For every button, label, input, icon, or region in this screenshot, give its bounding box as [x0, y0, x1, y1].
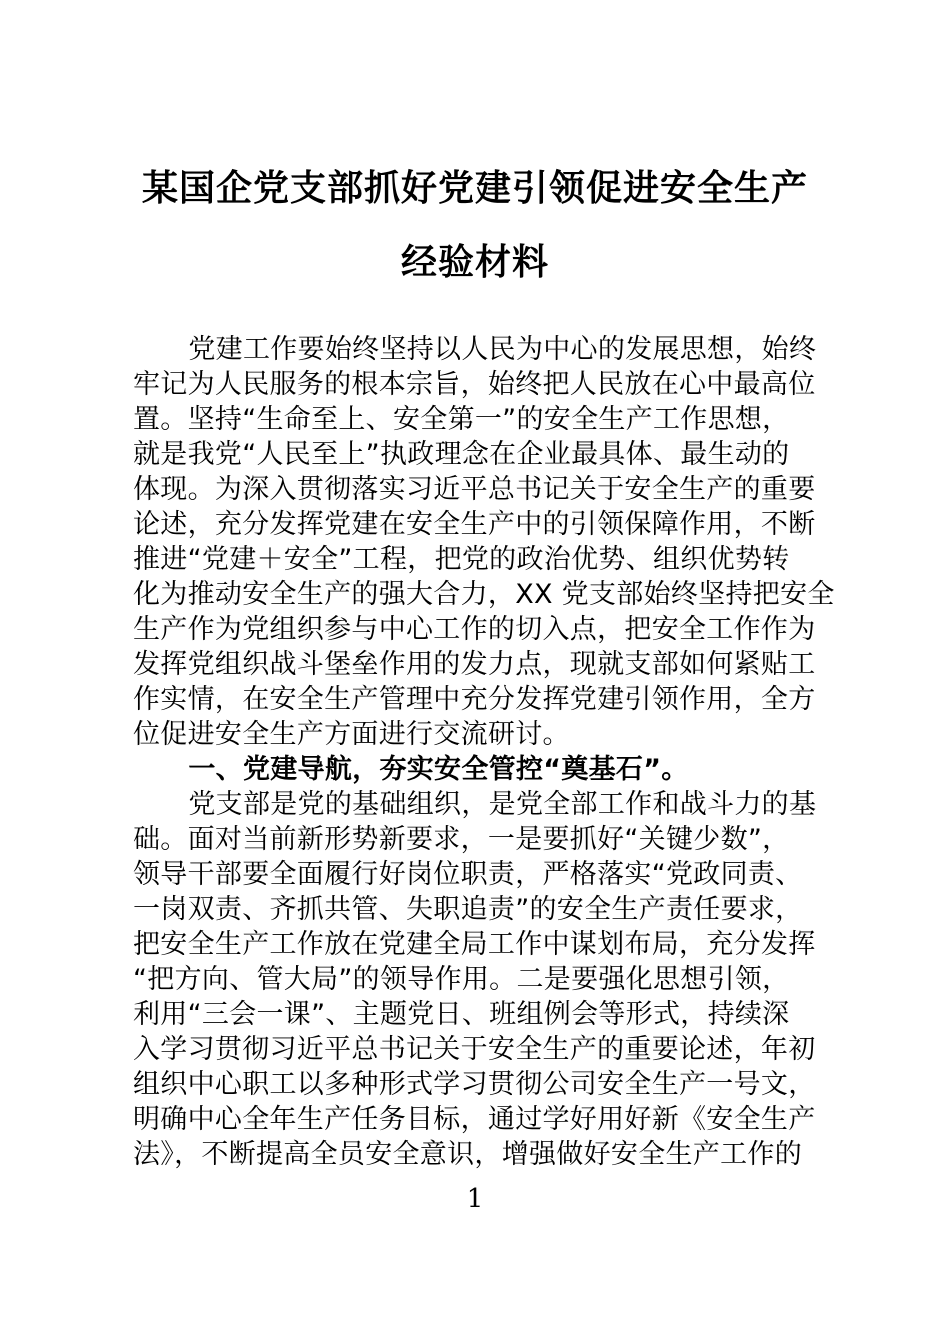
text-line: 发挥党组织战斗堡垒作用的发力点，现就支部如何紧贴工	[133, 647, 817, 682]
text-line: 位促进安全生产方面进行交流研讨。	[133, 717, 817, 752]
paragraph: 党建工作要始终坚持以人民为中心的发展思想，始终牢记为人民服务的根本宗旨，始终把人…	[133, 332, 817, 752]
text-line: 明确中心全年生产任务目标，通过学好用好新《安全生产	[133, 1102, 817, 1137]
document-body: 党建工作要始终坚持以人民为中心的发展思想，始终牢记为人民服务的根本宗旨，始终把人…	[133, 332, 817, 1172]
text-line: 入学习贯彻习近平总书记关于安全生产的重要论述，年初	[133, 1032, 817, 1067]
text-line: 组织中心职工以多种形式学习贯彻公司安全生产一号文，	[133, 1067, 817, 1102]
text-line: 作实情，在安全生产管理中充分发挥党建引领作用，全方	[133, 682, 817, 717]
text-line: 领导干部要全面履行好岗位职责，严格落实“党政同责、	[133, 857, 817, 892]
text-line: 置。坚持“生命至上、安全第一”的安全生产工作思想，	[133, 402, 817, 437]
text-line: 一岗双责、齐抓共管、失职追责”的安全生产责任要求，	[133, 892, 817, 927]
page-number: 1	[0, 1184, 950, 1214]
text-line: 党建工作要始终坚持以人民为中心的发展思想，始终	[133, 332, 817, 367]
title-line-1: 某国企党支部抓好党建引领促进安全生产	[0, 152, 950, 226]
text-line: 把安全生产工作放在党建全局工作中谋划布局，充分发挥	[133, 927, 817, 962]
text-line: 论述，充分发挥党建在安全生产中的引领保障作用，不断	[133, 507, 817, 542]
text-line: 体现。为深入贯彻落实习近平总书记关于安全生产的重要	[133, 472, 817, 507]
text-line: 一、党建导航，夯实安全管控“奠基石”。	[133, 752, 817, 787]
text-line: 牢记为人民服务的根本宗旨，始终把人民放在心中最高位	[133, 367, 817, 402]
document-page: 某国企党支部抓好党建引领促进安全生产 经验材料 党建工作要始终坚持以人民为中心的…	[0, 0, 950, 1344]
text-line: “把方向、管大局”的领导作用。二是要强化思想引领，	[133, 962, 817, 997]
text-line: 化为推动安全生产的强大合力，XX 党支部始终坚持把安全	[133, 577, 817, 612]
text-line: 生产作为党组织参与中心工作的切入点，把安全工作作为	[133, 612, 817, 647]
document-title: 某国企党支部抓好党建引领促进安全生产 经验材料	[0, 0, 950, 300]
text-line: 法》，不断提高全员安全意识，增强做好安全生产工作的	[133, 1137, 817, 1172]
text-line: 党支部是党的基础组织，是党全部工作和战斗力的基	[133, 787, 817, 822]
title-line-2: 经验材料	[0, 226, 950, 300]
text-line: 推进“党建＋安全”工程，把党的政治优势、组织优势转	[133, 542, 817, 577]
text-line: 础。面对当前新形势新要求，一是要抓好“关键少数”，	[133, 822, 817, 857]
text-line: 就是我党“人民至上”执政理念在企业最具体、最生动的	[133, 437, 817, 472]
text-line: 利用“三会一课”、主题党日、班组例会等形式，持续深	[133, 997, 817, 1032]
paragraph: 党支部是党的基础组织，是党全部工作和战斗力的基础。面对当前新形势新要求，一是要抓…	[133, 787, 817, 1172]
section-heading: 一、党建导航，夯实安全管控“奠基石”。	[133, 752, 817, 787]
